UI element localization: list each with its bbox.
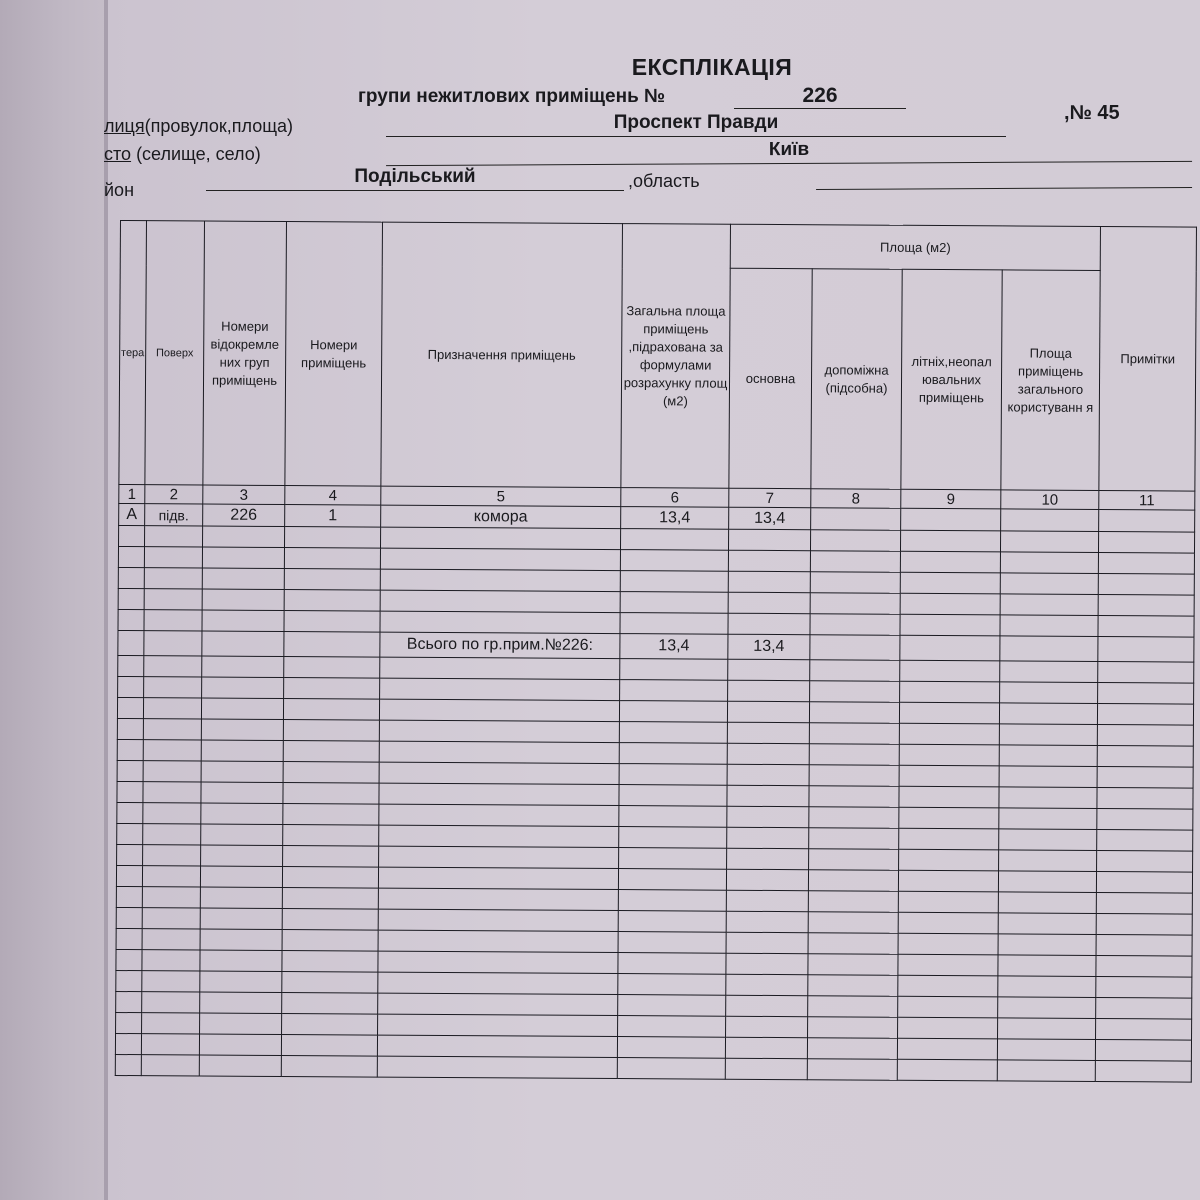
empty-cell [380, 590, 620, 612]
empty-cell [200, 887, 282, 909]
empty-cell [727, 827, 809, 849]
empty-cell [998, 913, 1096, 935]
empty-cell [283, 825, 379, 847]
empty-cell [118, 655, 144, 676]
empty-cell [727, 743, 809, 765]
empty-cell [118, 676, 144, 697]
empty-cell [898, 891, 998, 913]
empty-cell [118, 609, 144, 630]
empty-cell [998, 934, 1096, 956]
empty-cell [142, 929, 200, 950]
empty-cell [1000, 661, 1098, 683]
empty-cell [1097, 829, 1193, 851]
empty-cell [201, 782, 283, 804]
empty-cell [619, 848, 727, 870]
empty-cell [380, 611, 620, 633]
empty-cell [899, 849, 999, 871]
empty-cell [810, 660, 900, 682]
empty-cell [998, 892, 1096, 914]
empty-cell [900, 614, 1000, 636]
empty-cell [144, 677, 202, 698]
empty-cell [202, 656, 284, 678]
empty-cell [997, 1060, 1095, 1082]
empty-cell [201, 803, 283, 825]
col-num: 6 [621, 488, 729, 508]
empty-cell [809, 849, 899, 871]
empty-cell [1098, 636, 1194, 662]
empty-cell [202, 589, 284, 611]
col-num: 10 [1001, 490, 1099, 510]
empty-cell [899, 765, 999, 787]
empty-cell [899, 723, 999, 745]
empty-cell [142, 992, 200, 1013]
empty-cell [144, 656, 202, 677]
empty-cell [116, 886, 142, 907]
empty-cell [900, 681, 1000, 703]
explication-table: тера Поверх Номери відокремле них груп п… [115, 220, 1197, 1083]
empty-cell [899, 786, 999, 808]
empty-cell [200, 866, 282, 888]
empty-cell [1095, 1039, 1191, 1061]
empty-cell [998, 976, 1096, 998]
empty-cell [379, 804, 619, 826]
empty-cell [283, 762, 379, 784]
empty-cell [619, 827, 727, 849]
total-main-area-value: 13,4 [728, 634, 810, 660]
empty-cell [618, 911, 726, 933]
region-field [816, 163, 1192, 190]
empty-cell [898, 1017, 998, 1039]
empty-cell [143, 845, 201, 866]
cell-common-area [1001, 509, 1099, 532]
empty-cell [725, 1037, 807, 1059]
empty-cell [620, 571, 728, 593]
empty-cell [118, 630, 144, 655]
empty-cell [142, 950, 200, 971]
cell-floor: підв. [145, 504, 203, 526]
cell-summer-area [901, 508, 1001, 531]
empty-cell [116, 907, 142, 928]
empty-cell [727, 785, 809, 807]
empty-cell [618, 974, 726, 996]
empty-cell [142, 908, 200, 929]
empty-cell [1000, 573, 1098, 595]
empty-cell [1097, 703, 1193, 725]
empty-cell [377, 1056, 617, 1078]
empty-cell [1000, 594, 1098, 616]
empty-cell [898, 933, 998, 955]
empty-cell [999, 766, 1097, 788]
empty-cell [1000, 682, 1098, 704]
empty-cell [899, 744, 999, 766]
empty-cell [200, 992, 282, 1014]
empty-cell [810, 614, 900, 636]
empty-cell [379, 762, 619, 784]
empty-cell [200, 971, 282, 993]
empty-cell [620, 550, 728, 572]
empty-cell [116, 949, 142, 970]
empty-cell [1097, 724, 1193, 746]
empty-cell [618, 1016, 726, 1038]
empty-cell [380, 548, 620, 570]
empty-cell [619, 785, 727, 807]
empty-cell [117, 760, 143, 781]
empty-cell [809, 744, 899, 766]
empty-cell [200, 950, 282, 972]
empty-cell [116, 865, 142, 886]
empty-cell [618, 890, 726, 912]
empty-cell [997, 1039, 1095, 1061]
city-label-underlined: сто [104, 144, 131, 164]
empty-cell [1097, 787, 1193, 809]
house-number: ,№ 45 [1064, 102, 1120, 125]
empty-cell [900, 551, 1000, 573]
empty-cell [899, 807, 999, 829]
col-header-11: Примітки [1099, 226, 1197, 491]
empty-cell [1096, 955, 1192, 977]
empty-cell [117, 844, 143, 865]
city-label: сто (селище, село) [104, 144, 261, 165]
col-num: 2 [145, 485, 203, 504]
empty-cell [284, 678, 380, 700]
total-area-value: 13,4 [620, 634, 728, 660]
empty-cell [285, 527, 381, 549]
empty-cell [283, 783, 379, 805]
empty-cell [282, 888, 378, 910]
empty-cell [282, 993, 378, 1015]
empty-cell [725, 1058, 807, 1080]
empty-cell [1096, 892, 1192, 914]
empty-cell [115, 1054, 141, 1075]
empty-cell [200, 1013, 282, 1035]
empty-cell [284, 657, 380, 679]
empty-cell [144, 589, 202, 610]
empty-cell [1097, 766, 1193, 788]
empty-cell [618, 932, 726, 954]
empty-cell [900, 635, 1000, 661]
region-label: ,область [628, 171, 700, 192]
empty-cell [810, 593, 900, 615]
empty-cell [379, 720, 619, 742]
cell-purpose: комора [381, 505, 621, 528]
document-page: ЕКСПЛІКАЦІЯ групи нежитлових приміщень №… [104, 0, 1200, 1200]
empty-cell [808, 996, 898, 1018]
empty-cell [618, 995, 726, 1017]
empty-cell [116, 928, 142, 949]
empty-cell [282, 972, 378, 994]
empty-cell [897, 1038, 997, 1060]
empty-cell [809, 828, 899, 850]
empty-cell [200, 908, 282, 930]
empty-cell [728, 613, 810, 635]
empty-cell [998, 955, 1096, 977]
empty-cell [202, 631, 284, 657]
col-num: 3 [203, 485, 285, 505]
empty-cell [898, 975, 998, 997]
empty-cell [117, 823, 143, 844]
empty-cell [283, 804, 379, 826]
district-field: Подільський [206, 166, 624, 191]
empty-cell [1097, 745, 1193, 767]
empty-cell [115, 1033, 141, 1054]
empty-cell [728, 659, 810, 681]
empty-cell [808, 975, 898, 997]
empty-cell [1097, 808, 1193, 830]
col-num: 9 [901, 489, 1001, 509]
empty-cell [118, 588, 144, 609]
empty-cell [809, 723, 899, 745]
empty-cell [617, 1037, 725, 1059]
empty-cell [727, 764, 809, 786]
cell-main-area: 13,4 [729, 507, 811, 530]
empty-cell [1098, 594, 1194, 616]
city-field: Київ [386, 137, 1192, 166]
empty-cell [809, 765, 899, 787]
empty-cell [201, 761, 283, 783]
empty-cell [899, 828, 999, 850]
empty-cell [200, 929, 282, 951]
empty-cell [143, 761, 201, 782]
empty-cell [620, 529, 728, 551]
empty-cell [727, 848, 809, 870]
empty-cell [1000, 531, 1098, 553]
empty-cell [282, 1014, 378, 1036]
empty-cell [1099, 531, 1195, 553]
empty-cell [898, 870, 998, 892]
empty-cell [282, 930, 378, 952]
empty-cell [142, 887, 200, 908]
empty-cell [808, 933, 898, 955]
empty-cell [199, 1034, 281, 1056]
empty-cell [143, 782, 201, 803]
empty-cell [380, 678, 620, 700]
empty-cell [202, 610, 284, 632]
cell-letter: А [119, 503, 145, 525]
empty-cell [809, 702, 899, 724]
empty-cell [728, 550, 810, 572]
empty-cell [118, 546, 144, 567]
empty-cell [378, 993, 618, 1015]
cell-notes [1099, 509, 1195, 532]
empty-cell [1000, 552, 1098, 574]
empty-cell [807, 1059, 897, 1081]
empty-cell [998, 997, 1096, 1019]
empty-cell [143, 824, 201, 845]
empty-cell [1000, 615, 1098, 637]
empty-cell [1098, 552, 1194, 574]
empty-cell [726, 911, 808, 933]
col-num: 11 [1099, 490, 1195, 510]
empty-cell [618, 953, 726, 975]
empty-cell [1096, 913, 1192, 935]
empty-cell [116, 1012, 142, 1033]
empty-cell [999, 850, 1097, 872]
empty-cell [144, 547, 202, 568]
empty-cell [617, 1058, 725, 1080]
empty-cell [381, 527, 621, 549]
empty-cell [726, 953, 808, 975]
empty-cell [1096, 871, 1192, 893]
empty-cell [619, 701, 727, 723]
empty-cell [810, 635, 900, 661]
empty-cell [726, 974, 808, 996]
empty-cell [999, 724, 1097, 746]
empty-cell [999, 787, 1097, 809]
empty-cell [378, 909, 618, 931]
empty-cell [144, 610, 202, 631]
empty-cell [142, 866, 200, 887]
col-header-3: Номери відокремле них груп приміщень [203, 221, 287, 485]
street-label: лиця(провулок,площа) [104, 116, 293, 137]
empty-cell [202, 568, 284, 590]
empty-cell [727, 806, 809, 828]
empty-cell [1098, 661, 1194, 683]
empty-cell [808, 891, 898, 913]
col-header-6: Загальна площа приміщень ,підрахована за… [621, 224, 731, 489]
empty-cell [810, 681, 900, 703]
empty-cell [378, 1014, 618, 1036]
cell-group-number: 226 [203, 504, 285, 527]
empty-cell [809, 786, 899, 808]
empty-cell [141, 1055, 199, 1076]
city-label-rest: (селище, село) [131, 144, 261, 164]
col-header-9: літніх,неопал ювальних приміщень [901, 269, 1002, 490]
empty-cell [900, 593, 1000, 615]
empty-cell [144, 631, 202, 656]
empty-cell [808, 954, 898, 976]
empty-cell [143, 803, 201, 824]
empty-cell [898, 954, 998, 976]
document-title: ЕКСПЛІКАЦІЯ [104, 54, 1200, 81]
empty-cell [726, 932, 808, 954]
empty-cell [283, 720, 379, 742]
area-group-header: Площа (м2) [730, 224, 1100, 270]
col-header-7: основна [729, 268, 812, 488]
col-num: 1 [119, 484, 145, 503]
empty-cell [282, 867, 378, 889]
empty-cell [117, 697, 143, 718]
empty-cell [807, 1038, 897, 1060]
empty-cell [145, 526, 203, 547]
cell-total-area: 13,4 [621, 507, 729, 530]
col-num: 5 [381, 486, 621, 506]
empty-cell [998, 871, 1096, 893]
empty-cell [116, 991, 142, 1012]
cell-auxiliary-area [811, 508, 901, 531]
book-spine-left-page [0, 0, 108, 1200]
empty-cell [898, 912, 998, 934]
street-label-underlined: лиця [104, 116, 145, 136]
empty-cell [898, 996, 998, 1018]
empty-cell [281, 1056, 377, 1078]
empty-cell [620, 659, 728, 681]
empty-cell [142, 1013, 200, 1034]
empty-cell [378, 951, 618, 973]
empty-cell [999, 808, 1097, 830]
empty-cell [808, 870, 898, 892]
empty-cell [143, 719, 201, 740]
empty-cell [726, 1016, 808, 1038]
empty-cell [809, 807, 899, 829]
empty-cell [119, 525, 145, 546]
empty-cell [380, 657, 620, 679]
empty-cell [118, 567, 144, 588]
empty-cell [900, 572, 1000, 594]
empty-cell [380, 569, 620, 591]
district-label: йон [104, 180, 134, 201]
empty-cell [141, 1034, 199, 1055]
empty-cell [899, 702, 999, 724]
empty-cell [999, 829, 1097, 851]
empty-cell [1096, 1018, 1192, 1040]
empty-cell [810, 572, 900, 594]
empty-cell [378, 888, 618, 910]
empty-cell [1096, 976, 1192, 998]
total-label: Всього по гр.прим.№226: [380, 632, 620, 658]
empty-cell [1000, 636, 1098, 662]
empty-cell [726, 995, 808, 1017]
empty-cell [1096, 934, 1192, 956]
empty-cell [999, 703, 1097, 725]
col-header-10: Площа приміщень загального користуванн я [1001, 270, 1100, 491]
empty-cell [378, 972, 618, 994]
empty-cell [1098, 682, 1194, 704]
empty-cell [283, 846, 379, 868]
empty-cell [727, 701, 809, 723]
col-num: 7 [729, 488, 811, 508]
empty-cell [201, 740, 283, 762]
col-num: 8 [811, 489, 901, 509]
empty-cell [201, 719, 283, 741]
empty-cell [618, 869, 726, 891]
empty-cell [808, 1017, 898, 1039]
empty-cell [810, 551, 900, 573]
empty-cell [284, 611, 380, 633]
empty-cell [998, 1018, 1096, 1040]
empty-cell [379, 846, 619, 868]
empty-cell [999, 745, 1097, 767]
empty-cell [810, 530, 900, 552]
empty-cell [144, 568, 202, 589]
empty-cell [284, 632, 380, 658]
empty-cell [143, 740, 201, 761]
empty-cell [202, 547, 284, 569]
empty-cell [619, 743, 727, 765]
empty-cell [379, 825, 619, 847]
empty-cell [897, 1059, 997, 1081]
empty-cell [282, 951, 378, 973]
empty-cell [281, 1035, 377, 1057]
street-label-rest: (провулок,площа) [145, 116, 293, 136]
group-number-field: 226 [734, 84, 906, 109]
empty-cell [143, 698, 201, 719]
empty-cell [284, 590, 380, 612]
empty-cell [1098, 615, 1194, 637]
cell-room-number: 1 [285, 505, 381, 528]
empty-cell [728, 680, 810, 702]
empty-cell [620, 613, 728, 635]
empty-cell [117, 739, 143, 760]
empty-cell [620, 592, 728, 614]
col-header-5: Призначення приміщень [381, 222, 623, 487]
empty-cell [728, 592, 810, 614]
empty-cell [1096, 997, 1192, 1019]
empty-cell [377, 1035, 617, 1057]
empty-cell [379, 699, 619, 721]
col-header-4: Номери приміщень [285, 222, 383, 487]
empty-cell [619, 722, 727, 744]
empty-cell [900, 660, 1000, 682]
